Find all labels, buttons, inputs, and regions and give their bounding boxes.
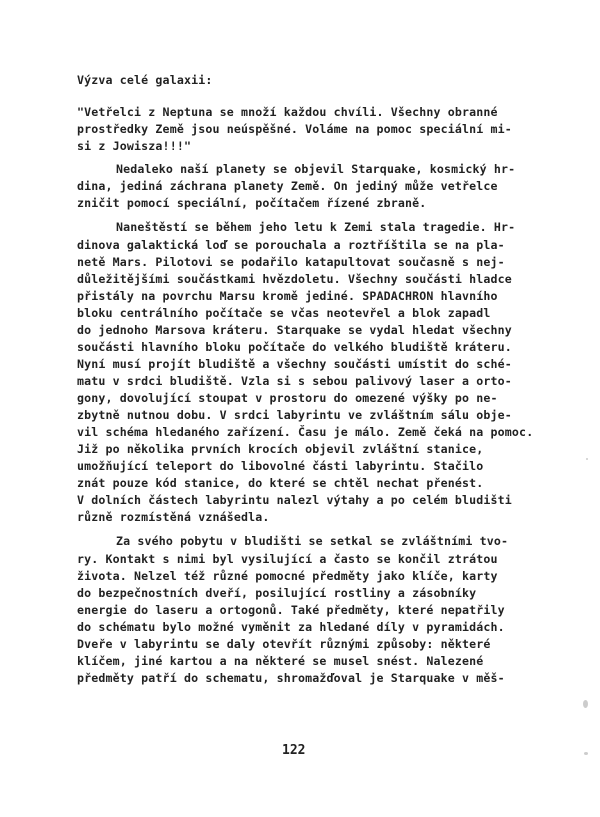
page-number: 122 <box>282 743 305 758</box>
scan-artifact <box>586 458 588 460</box>
text-line: do bezpečnostních dveří, posilující rost… <box>77 586 476 600</box>
text-line: Nyní musí projít bludiště a všechny souč… <box>77 357 512 371</box>
text-line: prostředky Země jsou neúspěšné. Voláme n… <box>77 122 512 136</box>
text-line: předměty patří do schematu, shromažďoval… <box>77 671 505 685</box>
text-line: vil schéma hledaného zařízení. Času je m… <box>77 425 533 439</box>
text-line: do schématu bylo možné vyměnit za hledan… <box>77 620 505 634</box>
text-line: netě Mars. Pilotovi se podařilo katapult… <box>77 255 505 269</box>
text-line: znát pouze kód stanice, do které se chtě… <box>77 476 483 490</box>
text-line: dinova galaktická loď se porouchala a ro… <box>77 238 505 252</box>
text-line: Dveře v labyrintu se daly otevřít různým… <box>77 637 491 651</box>
text-line: V dolních částech labyrintu nalezl výtah… <box>77 493 512 507</box>
text-line: do jednoho Marsova kráteru. Starquake se… <box>77 323 512 337</box>
text-line: ry. Kontakt s nimi byl vysilující a čast… <box>77 552 498 566</box>
text-line: umožňující teleport do libovolné části l… <box>77 459 483 473</box>
text-line: různě rozmístěná vznášedla. <box>77 510 270 524</box>
document-page: Výzva celé galaxii: "Vetřelci z Neptuna … <box>0 0 600 817</box>
text-line: energie do laseru a ortogonů. Také předm… <box>77 603 505 617</box>
text-line: bloku centrálního počítače se včas neote… <box>77 306 491 320</box>
text-line: přistály na povrchu Marsu kromě jediné. … <box>77 289 498 303</box>
document-heading: Výzva celé galaxii: <box>77 73 212 87</box>
text-line: důležitějšími součástkami hvězdoletu. Vš… <box>77 272 512 286</box>
text-line: součásti hlavního bloku počítače do velk… <box>77 340 512 354</box>
text-line: života. Nelzel též různé pomocné předmět… <box>77 569 498 583</box>
text-line: dina, jediná záchrana planety Země. On j… <box>77 179 498 193</box>
text-line: zničit pomocí speciální, počítačem řízen… <box>77 196 426 210</box>
scan-artifact <box>584 752 588 755</box>
text-line: zbytně nutnou dobu. V srdci labyrintu ve… <box>77 408 512 422</box>
text-line: Nedaleko naší planety se objevil Starqua… <box>116 162 515 176</box>
text-line: "Vetřelci z Neptuna se množí každou chví… <box>77 105 498 119</box>
scan-artifact <box>583 700 588 708</box>
text-line: gony, dovolující stoupat v prostoru do o… <box>77 391 498 405</box>
text-line: Za svého pobytu v bludišti se setkal se … <box>116 534 508 548</box>
text-line: si z Jowisza!!!" <box>77 139 191 153</box>
text-line: matu v srdci bludiště. Vzla si s sebou p… <box>77 374 512 388</box>
text-line: klíčem, jiné kartou a na některé se muse… <box>77 654 483 668</box>
text-line: Již po několika prvních krocích objevil … <box>77 442 483 456</box>
text-line: Naneštěstí se během jeho letu k Zemi sta… <box>116 220 515 234</box>
